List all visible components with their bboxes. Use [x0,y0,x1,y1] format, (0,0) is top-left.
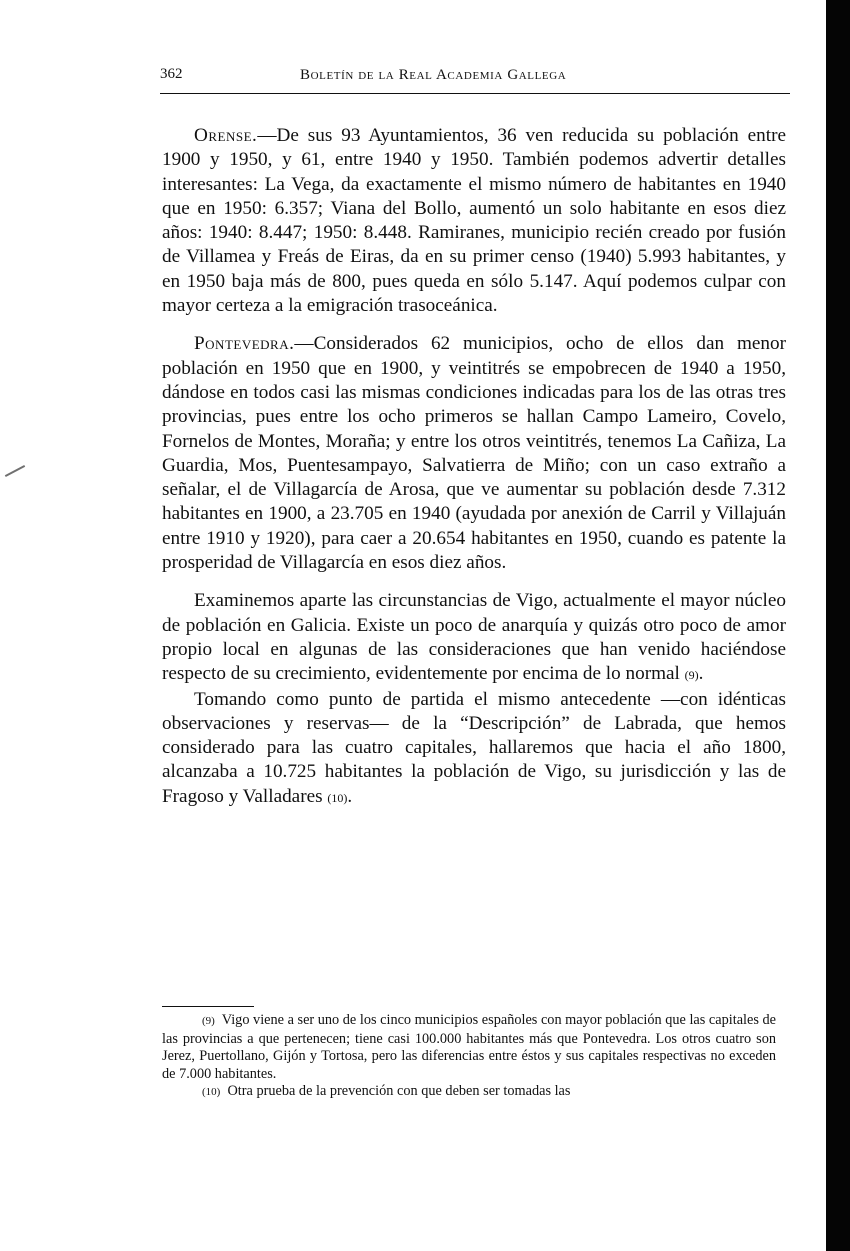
running-head: 362 Boletín de la Real Academia Gallega [160,66,790,86]
section-lead-orense: Orense. [194,125,257,146]
footnotes: (9) Vigo viene a ser uno de los cinco mu… [162,1012,776,1102]
footnote-number: (10) [202,1086,220,1098]
section-lead-pontevedra: Pontevedra. [194,333,294,354]
body-text: Orense.—De sus 93 Ayuntamientos, 36 ven … [162,124,786,810]
paragraph-text: —De sus 93 Ayuntamientos, 36 ven reducid… [162,125,786,316]
footnote-text: Vigo viene a ser uno de los cinco munici… [162,1012,776,1082]
paragraph-tail: . [699,663,704,684]
footnote-ref-10[interactable]: (10) [327,791,347,805]
footnote-rule [162,1006,254,1007]
footnote-9: (9) Vigo viene a ser uno de los cinco mu… [162,1012,776,1083]
paragraph-vigo: Examinemos aparte las circunstancias de … [162,589,786,687]
paragraph-text: Tomando como punto de partida el mismo a… [162,689,786,807]
footnote-text: Otra prueba de la prevención con que deb… [227,1083,570,1099]
paragraph-pontevedra: Pontevedra.—Considerados 62 municipios, … [162,332,786,575]
paragraph-tail: . [347,786,352,807]
paragraph-orense: Orense.—De sus 93 Ayuntamientos, 36 ven … [162,124,786,318]
footnote-ref-9[interactable]: (9) [685,668,699,682]
footnote-number: (9) [202,1015,215,1027]
journal-title: Boletín de la Real Academia Gallega [300,67,566,84]
page-number: 362 [160,66,183,83]
footnote-10: (10) Otra prueba de la prevención con qu… [162,1083,776,1102]
header-rule [160,93,790,94]
scan-border [826,0,850,1251]
paragraph-text: —Considerados 62 municipios, ocho de ell… [162,333,786,573]
paragraph-vigo-1800: Tomando como punto de partida el mismo a… [162,688,786,810]
margin-pencil-mark [5,465,25,477]
